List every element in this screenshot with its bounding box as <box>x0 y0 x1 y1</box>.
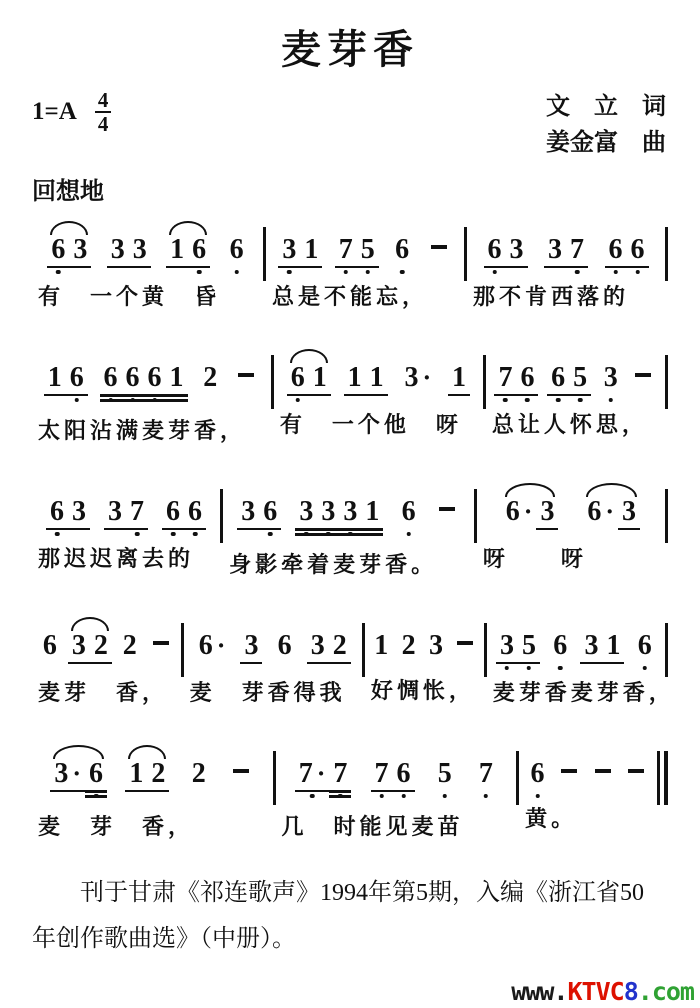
note-group: 33 <box>107 236 151 268</box>
lyricist-credit: 文 立 词 <box>546 89 666 125</box>
note-group: 1 <box>370 632 392 662</box>
note-group: 3 <box>600 364 622 394</box>
final-barline-thick <box>664 751 669 805</box>
note-digit: 2 <box>123 632 137 660</box>
publication-note-line1: 刊于甘肃《祁连歌声》1994年第5期，入编《浙江省50 <box>32 870 668 916</box>
note-digit: 6 <box>166 498 180 526</box>
dash-note <box>595 760 611 782</box>
octave-dot <box>608 398 613 403</box>
note: 3 <box>295 498 317 536</box>
lyric-line: 那不肯西落的 <box>467 280 665 311</box>
note-digit: 2 <box>192 760 206 788</box>
note-group: 32 <box>68 632 112 664</box>
octave-dot <box>75 398 80 403</box>
note-digit: 1 <box>348 364 362 392</box>
measure: 633766那迟迟离去的 <box>32 474 220 573</box>
lyric-line: 麦芽 香， <box>32 676 181 707</box>
note-digit: 6 <box>70 364 84 392</box>
dash-note <box>233 760 249 782</box>
notes-row: 6·3632 <box>184 608 362 674</box>
note: 3 <box>618 498 640 530</box>
octave-dot <box>379 794 384 799</box>
note: 7 <box>475 760 497 790</box>
note: 6 <box>85 760 107 798</box>
octave-dot <box>55 532 60 537</box>
slur <box>505 483 556 497</box>
note: 7 <box>126 498 148 530</box>
slur <box>586 483 637 497</box>
note: 6 <box>287 364 309 396</box>
note-group: 66 <box>605 236 649 268</box>
note-digit: 3 <box>311 632 325 660</box>
octave-dot <box>635 270 640 275</box>
note-digit: 6 <box>50 498 64 526</box>
composer-credit: 姜金富 曲 <box>546 125 666 161</box>
dash-note <box>153 632 169 654</box>
note-digit: 1 <box>304 236 318 264</box>
note-digit: 6 <box>89 760 103 788</box>
note: 6 <box>605 236 627 268</box>
note-digit: 6 <box>638 632 652 660</box>
octave-dot <box>193 532 198 537</box>
lyric-line: 身影牵着麦芽香。 <box>223 548 474 579</box>
barline <box>665 623 668 677</box>
note-group: 6 <box>527 760 549 790</box>
octave-dot <box>108 398 113 403</box>
note-digit: 3 <box>500 632 514 660</box>
measure: 6·36·3呀 呀 <box>477 474 665 573</box>
note-digit: 6 <box>188 498 202 526</box>
note-digit: 3 <box>429 632 443 660</box>
note-group: 6 <box>274 632 296 662</box>
lyric-line: 麦 芽香得我 <box>184 676 362 707</box>
measure: 6322麦芽 香， <box>32 608 181 707</box>
octave-dot <box>535 794 540 799</box>
note-digit: 3 <box>241 498 255 526</box>
time-signature: 4 4 <box>95 89 112 135</box>
slur <box>50 221 88 235</box>
note: 6· <box>195 632 230 662</box>
note-digit: 6 <box>192 236 206 264</box>
note: 3 <box>278 236 300 268</box>
notes-row: 3633316 <box>223 474 474 546</box>
note-digit: 7 <box>339 236 353 264</box>
lyric-line: 呀 呀 <box>477 542 665 573</box>
note: 1 <box>44 364 66 396</box>
notes-row: 7·77657 <box>276 736 517 808</box>
notes-row: 6 <box>519 736 656 800</box>
score: 6333166有 一个黄 昏31756总是不能忘，633766那不肯西落的166… <box>32 212 668 841</box>
octave-dot <box>642 666 647 671</box>
note: 1 <box>166 364 188 402</box>
note-digit: 7 <box>375 760 389 788</box>
octave-dot <box>130 398 135 403</box>
note-digit: 6 <box>631 236 645 264</box>
note: 6 <box>47 236 69 268</box>
note: 6 <box>547 364 569 396</box>
note: 3 <box>107 236 129 268</box>
notes-row: 31756 <box>266 212 464 278</box>
note-group <box>233 364 259 386</box>
augmentation-dot: · <box>524 499 533 525</box>
octave-dot <box>406 532 411 537</box>
notes-row: 356316 <box>487 608 665 674</box>
note-digit: 3 <box>548 236 562 264</box>
octave-dot <box>287 270 292 275</box>
note: 6 <box>484 236 506 268</box>
note: 1 <box>602 632 624 664</box>
note: 3 <box>544 236 566 268</box>
note-group: 16 <box>166 236 210 268</box>
note-digit: 1 <box>452 364 466 392</box>
note: 7 <box>329 760 351 798</box>
notes-row: 1666612 <box>32 340 271 412</box>
note-group: 63 <box>47 236 91 268</box>
note-group <box>630 364 656 386</box>
note-digit: 3 <box>299 498 313 526</box>
sheet-music-page: 麦芽香 1=A 4 4 文 立 词 姜金富 曲 回想地 6333166有 一个黄… <box>0 0 700 1008</box>
note-digit: 6 <box>291 364 305 392</box>
note-group: 37 <box>104 498 148 530</box>
note-digit: 6 <box>506 498 520 526</box>
score-line: 3·6122麦 芽 香，7·77657几 时能见麦苗6黄。 <box>32 736 668 841</box>
note-group: 6 <box>634 632 656 662</box>
note: 3· <box>50 760 85 792</box>
note-group: 12 <box>125 760 169 792</box>
note-group <box>556 760 582 782</box>
notes-row: 6322 <box>32 608 181 674</box>
note: 3 <box>240 632 262 664</box>
watermark-part: 8 <box>624 977 638 1006</box>
dash-note <box>561 760 577 782</box>
note-digit: 3 <box>72 498 86 526</box>
note-group: 5 <box>434 760 456 790</box>
octave-dot <box>505 666 510 671</box>
lyric-line: 麦 芽 香， <box>32 810 273 841</box>
note-digit: 7 <box>130 498 144 526</box>
note-digit: 6 <box>488 236 502 264</box>
note: 3 <box>506 236 528 268</box>
note: 6 <box>627 236 649 268</box>
note-group: 2 <box>119 632 141 662</box>
note-group: 1 <box>448 364 470 396</box>
note: 6 <box>259 498 281 530</box>
note: 2 <box>199 364 221 394</box>
note: 3 <box>129 236 151 268</box>
time-signature-numerator: 4 <box>95 89 112 113</box>
note: 1 <box>366 364 388 396</box>
note-group: 66 <box>162 498 206 530</box>
note: 6 <box>122 364 144 402</box>
key-signature: 1=A <box>32 98 77 126</box>
note-group: 6 <box>391 236 413 266</box>
note: 2 <box>147 760 169 792</box>
octave-dot <box>94 794 99 799</box>
note: 2 <box>329 632 351 664</box>
octave-dot <box>171 532 176 537</box>
notes-row: 633766 <box>32 474 220 540</box>
note-digit: 3 <box>343 498 357 526</box>
augmentation-dot: · <box>605 499 614 525</box>
note-digit: 6 <box>148 364 162 392</box>
note: 1 <box>309 364 331 396</box>
octave-dot <box>556 398 561 403</box>
measure: 6·3632麦 芽香得我 <box>184 608 362 707</box>
notes-row: 633766 <box>467 212 665 278</box>
dash-note <box>238 364 254 386</box>
note-digit: 7 <box>333 760 347 788</box>
note: 1 <box>448 364 470 396</box>
note-group: 6·3 <box>583 498 640 530</box>
song-title: 麦芽香 <box>32 18 668 75</box>
dash-note <box>431 236 447 258</box>
note: 3 <box>69 236 91 268</box>
note-group: 37 <box>544 236 588 268</box>
note-digit: 6 <box>126 364 140 392</box>
note: 2 <box>119 632 141 662</box>
note-group: 2 <box>199 364 221 394</box>
note-digit: 3 <box>108 498 122 526</box>
watermark-part: .com <box>638 977 694 1006</box>
octave-dot <box>56 270 61 275</box>
note-group: 36 <box>237 498 281 530</box>
octave-dot <box>492 270 497 275</box>
note: 6 <box>274 632 296 662</box>
note-digit: 3 <box>540 498 554 526</box>
measure: 3·6122麦 芽 香， <box>32 736 273 841</box>
note-digit: 6 <box>104 364 118 392</box>
note-digit: 3 <box>54 760 68 788</box>
note-group: 61 <box>287 364 331 396</box>
note-digit: 6 <box>395 236 409 264</box>
note-digit: 1 <box>313 364 327 392</box>
note-digit: 7 <box>570 236 584 264</box>
note-digit: 7 <box>498 364 512 392</box>
note: 6 <box>184 498 206 530</box>
octave-dot <box>558 666 563 671</box>
note: 7 <box>566 236 588 268</box>
slur <box>53 745 104 759</box>
octave-dot <box>366 270 371 275</box>
lyric-line: 几 时能见麦苗 <box>276 810 517 841</box>
lyric-line: 总是不能忘， <box>266 280 464 311</box>
note-group: 63 <box>46 498 90 530</box>
note: 6 <box>162 498 184 530</box>
note: 6 <box>527 760 549 790</box>
measure: 3633316身影牵着麦芽香。 <box>223 474 474 579</box>
note: 6 <box>66 364 88 396</box>
note: 5 <box>434 760 456 790</box>
notes-row: 6333166 <box>32 212 263 278</box>
watermark-part: KTVC <box>568 977 624 1006</box>
publication-note-line2: 年创作歌曲选》（中册）。 <box>32 916 668 962</box>
note: 5 <box>569 364 591 396</box>
note: 7· <box>295 760 330 792</box>
octave-dot <box>268 532 273 537</box>
note-digit: 3 <box>73 236 87 264</box>
octave-dot <box>401 794 406 799</box>
octave-dot <box>310 794 315 799</box>
octave-dot <box>400 270 405 275</box>
note: 6 <box>516 364 538 396</box>
note-digit: 1 <box>365 498 379 526</box>
note: 6 <box>634 632 656 662</box>
note-digit: 3 <box>510 236 524 264</box>
note: 6 <box>226 236 248 266</box>
octave-dot <box>295 398 300 403</box>
note-digit: 6 <box>230 236 244 264</box>
note-digit: 2 <box>94 632 108 660</box>
note: 3 <box>104 498 126 530</box>
octave-dot <box>234 270 239 275</box>
measure: 6333166有 一个黄 昏 <box>32 212 263 311</box>
note-group: 3 <box>240 632 262 664</box>
note-digit: 1 <box>370 364 384 392</box>
lyric-line: 麦芽香麦芽香， <box>487 676 665 707</box>
note-digit: 1 <box>170 236 184 264</box>
note: 6· <box>502 498 537 528</box>
note-group: 76 <box>494 364 538 396</box>
octave-dot <box>152 398 157 403</box>
credits: 文 立 词 姜金富 曲 <box>546 89 668 161</box>
octave-dot <box>575 270 580 275</box>
note: 1 <box>370 632 392 662</box>
note-digit: 5 <box>573 364 587 392</box>
note: 1 <box>166 236 188 268</box>
measure: 6黄。 <box>519 736 656 833</box>
note-digit: 1 <box>48 364 62 392</box>
note-digit: 5 <box>361 236 375 264</box>
note-digit: 1 <box>170 364 184 392</box>
watermark: www.KTVC8.com <box>511 977 694 1006</box>
octave-dot <box>326 532 331 537</box>
note-digit: 6 <box>609 236 623 264</box>
note: 7 <box>494 364 516 396</box>
note: 3 <box>536 498 558 530</box>
note: 3 <box>496 632 518 664</box>
lyric-line: 有 一个黄 昏 <box>32 280 263 311</box>
note-digit: 5 <box>522 632 536 660</box>
note: 1 <box>344 364 366 396</box>
note: 6 <box>144 364 166 402</box>
tempo-marking: 回想地 <box>32 171 668 206</box>
note-digit: 3 <box>133 236 147 264</box>
note-digit: 7 <box>299 760 313 788</box>
octave-dot <box>304 532 309 537</box>
note-group <box>228 760 254 782</box>
measure: 7·77657几 时能见麦苗 <box>276 736 517 841</box>
note-group: 3·6 <box>50 760 107 798</box>
note-digit: 2 <box>203 364 217 392</box>
note-digit: 3 <box>282 236 296 264</box>
note: 3 <box>317 498 339 536</box>
note-digit: 3 <box>321 498 335 526</box>
note: 3 <box>425 632 447 662</box>
barline <box>665 489 668 543</box>
note-group: 63 <box>484 236 528 268</box>
score-line: 6322麦芽 香，6·3632麦 芽香得我123好惆怅，356316麦芽香麦芽香… <box>32 608 668 707</box>
note-group: 6 <box>549 632 571 662</box>
lyric-line: 有 一个他 呀 <box>274 408 483 439</box>
note-group: 3· <box>400 364 435 394</box>
note: 3 <box>600 364 622 394</box>
dash-note <box>628 760 644 782</box>
slur <box>169 221 207 235</box>
final-barline <box>657 751 669 805</box>
note: 1 <box>125 760 147 792</box>
note: 1 <box>361 498 383 536</box>
note: 7 <box>371 760 393 792</box>
note-digit: 5 <box>438 760 452 788</box>
note-group: 6 <box>398 498 420 528</box>
note-group: 11 <box>344 364 388 396</box>
note: 3 <box>68 498 90 530</box>
lyric-line: 好惆怅， <box>365 674 484 705</box>
note: 3 <box>339 498 361 536</box>
score-line: 633766那迟迟离去的3633316身影牵着麦芽香。6·36·3呀 呀 <box>32 474 668 579</box>
augmentation-dot: · <box>217 633 226 659</box>
notes-row: 76653 <box>486 340 665 406</box>
octave-dot <box>348 532 353 537</box>
note-group <box>452 632 478 654</box>
note: 2 <box>90 632 112 664</box>
lyric-line: 那迟迟离去的 <box>32 542 220 573</box>
measure: 123好惆怅， <box>365 608 484 705</box>
note: 2 <box>398 632 420 662</box>
note-digit: 3 <box>622 498 636 526</box>
measure: 356316麦芽香麦芽香， <box>487 608 665 707</box>
meta-row: 1=A 4 4 文 立 词 姜金富 曲 <box>32 89 668 161</box>
note-digit: 6 <box>263 498 277 526</box>
watermark-part: www. <box>511 977 567 1006</box>
key-time-signature: 1=A 4 4 <box>32 89 111 135</box>
note-digit: 6 <box>520 364 534 392</box>
octave-dot <box>578 398 583 403</box>
final-barline-thin <box>657 751 660 805</box>
note: 3· <box>400 364 435 394</box>
octave-dot <box>135 532 140 537</box>
note-digit: 2 <box>402 632 416 660</box>
note-digit: 3 <box>244 632 258 660</box>
note-group: 6661 <box>100 364 188 402</box>
note: 1 <box>300 236 322 268</box>
notes-row: 3·6122 <box>32 736 273 808</box>
octave-dot <box>484 794 489 799</box>
slur <box>290 349 328 363</box>
note: 6 <box>46 498 68 530</box>
note-digit: 6 <box>397 760 411 788</box>
note: 6 <box>100 364 122 402</box>
note-digit: 3 <box>404 364 418 392</box>
note-group: 16 <box>44 364 88 396</box>
note: 3 <box>307 632 329 664</box>
lyric-line: 黄。 <box>519 802 656 833</box>
measure: 31756总是不能忘， <box>266 212 464 311</box>
score-line: 6333166有 一个黄 昏31756总是不能忘，633766那不肯西落的 <box>32 212 668 311</box>
note-digit: 1 <box>374 632 388 660</box>
note-group <box>148 632 174 654</box>
note-group: 6· <box>195 632 230 662</box>
note-digit: 6 <box>587 498 601 526</box>
note: 5 <box>357 236 379 268</box>
slur <box>71 617 109 631</box>
note-digit: 6 <box>553 632 567 660</box>
publication-note: 刊于甘肃《祁连歌声》1994年第5期，入编《浙江省50 年创作歌曲选》（中册）。 <box>32 870 668 962</box>
augmentation-dot: · <box>317 761 326 787</box>
note-group <box>426 236 452 258</box>
notes-row: 6·36·3 <box>477 474 665 540</box>
time-signature-denominator: 4 <box>95 113 112 135</box>
